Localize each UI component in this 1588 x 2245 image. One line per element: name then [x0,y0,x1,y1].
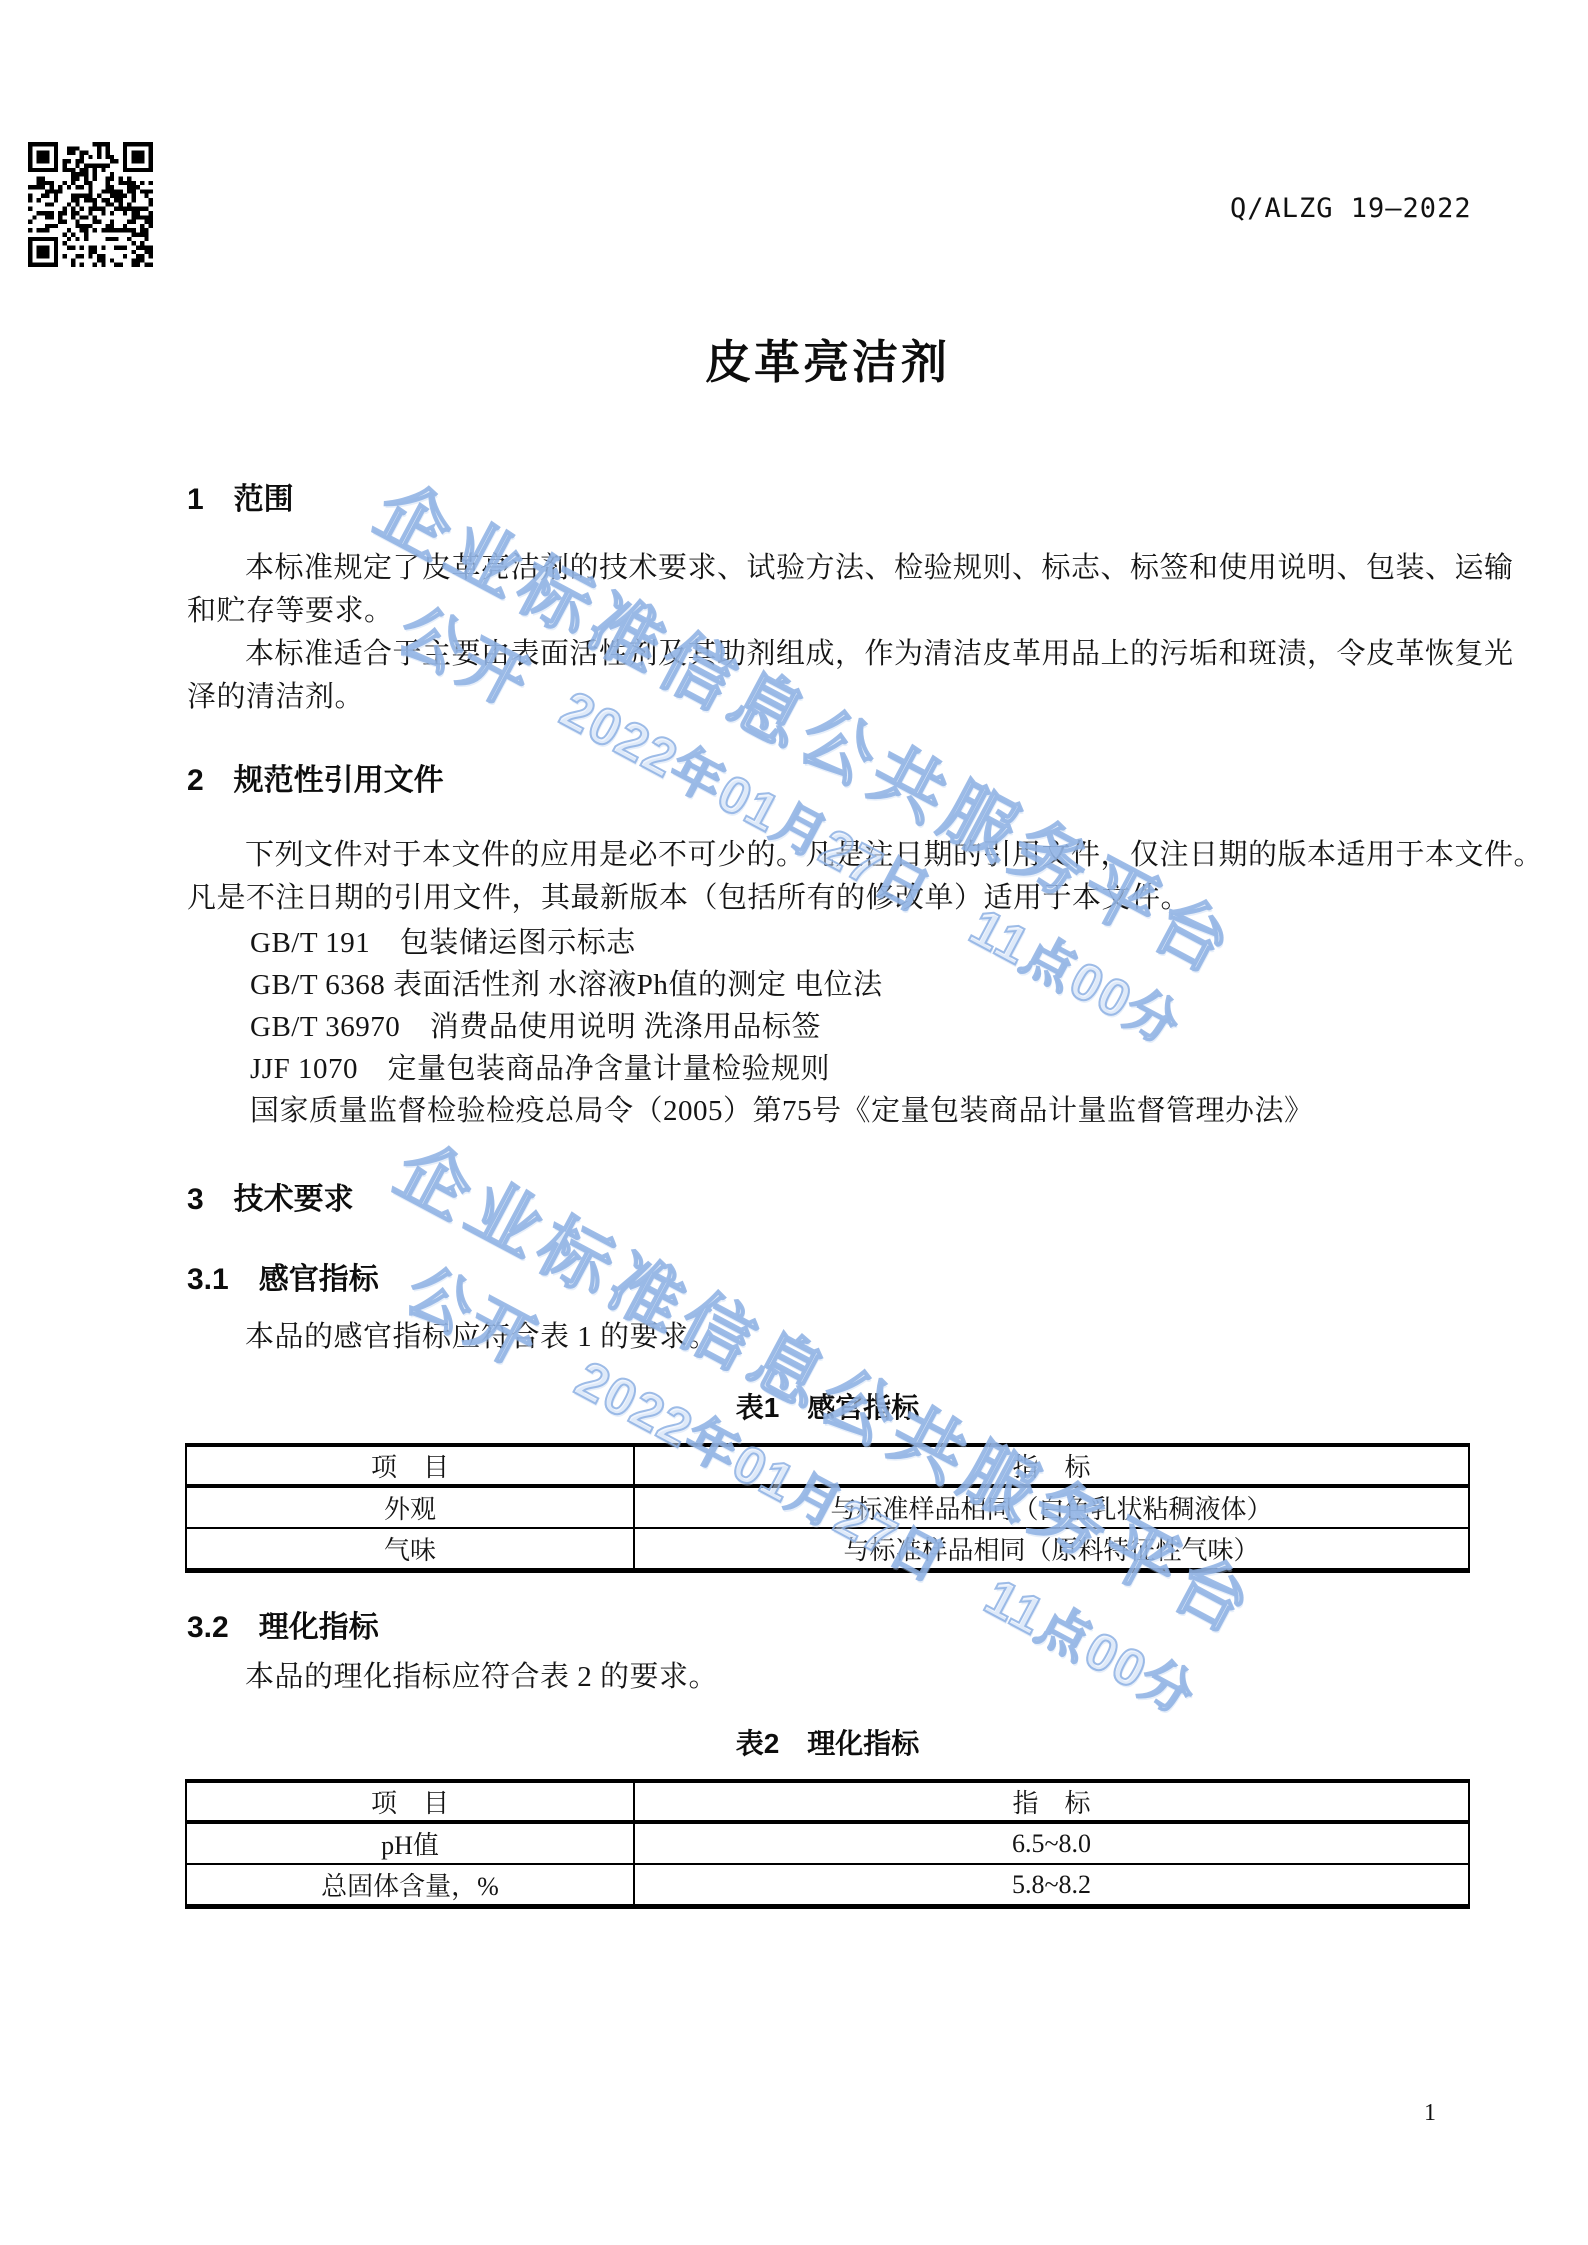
section3-2-para: 本品的理化指标应符合表 2 的要求。 [245,1660,718,1694]
page-title: 皮革亮洁剂 [185,326,1470,392]
table-physchem-specs: 项 目 指 标 pH值 6.5~8.0 总固体含量，% 5.8~8.2 [185,1779,1470,1909]
cell-value: 与标准样品相同（白色乳状粘稠液体） [634,1486,1469,1528]
table-row: 外观 与标准样品相同（白色乳状粘稠液体） [186,1486,1469,1528]
table-header-row: 项 目 指 标 [186,1781,1469,1822]
reference-item: GB/T 6368 表面活性剂 水溶液Ph值的测定 电位法 [250,968,883,1002]
section3-1-para: 本品的感官指标应符合表 1 的要求。 [245,1320,718,1354]
section3-heading: 3 技术要求 [187,1174,354,1218]
section1-heading: 1 范围 [187,474,294,518]
page-number: 1 [1424,2100,1436,2127]
table-row: 气味 与标准样品相同（原料特征性气味） [186,1528,1469,1571]
cell-value: 与标准样品相同（原料特征性气味） [634,1528,1469,1571]
column-header-spec: 指 标 [634,1445,1469,1486]
doc-number: Q/ALZG 19—2022 [1230,193,1472,224]
qr-code [27,142,154,267]
reference-item: 国家质量监督检验检疫总局令（2005）第75号《定量包装商品计量监督管理办法》 [250,1094,1314,1128]
cell-item: 外观 [186,1486,634,1528]
section1-para1-line1: 本标准规定了皮革亮洁剂的技术要求、试验方法、检验规则、标志、标签和使用说明、包装… [245,551,1514,585]
cell-item: 气味 [186,1528,634,1571]
cell-value: 6.5~8.0 [634,1822,1469,1864]
reference-item: GB/T 191 包装储运图示标志 [250,926,636,960]
table1-caption: 表1 感官指标 [185,1386,1470,1426]
section1-para2-line2: 泽的清洁剂。 [187,680,364,714]
cell-item: 总固体含量，% [186,1864,634,1907]
section1-para2-line1: 本标准适合于主要由表面活性剂及其助剂组成，作为清洁皮革用品上的污垢和斑渍，令皮革… [245,637,1514,671]
standard-document-page: Q/ALZG 19—2022 皮革亮洁剂 1 范围 本标准规定了皮革亮洁剂的技术… [0,0,1588,2245]
reference-item: GB/T 36970 消费品使用说明 洗涤用品标签 [250,1010,821,1044]
cell-item: pH值 [186,1822,634,1864]
table-row: 总固体含量，% 5.8~8.2 [186,1864,1469,1907]
table-header-row: 项 目 指 标 [186,1445,1469,1486]
qr-code-graphic [27,142,154,267]
section3-1-heading: 3.1 感官指标 [187,1254,379,1298]
table-sensory-specs: 项 目 指 标 外观 与标准样品相同（白色乳状粘稠液体） 气味 与标准样品相同（… [185,1443,1470,1573]
cell-value: 5.8~8.2 [634,1864,1469,1907]
column-header-item: 项 目 [186,1445,634,1486]
column-header-spec: 指 标 [634,1781,1469,1822]
reference-item: JJF 1070 定量包装商品净含量计量检验规则 [250,1052,830,1086]
watermark-platform-text: 企业标准信息公共服务平台 [381,1113,1277,1656]
table2-caption: 表2 理化指标 [185,1722,1470,1762]
section1-para1-line2: 和贮存等要求。 [187,594,394,628]
column-header-item: 项 目 [186,1781,634,1822]
section2-para-line2: 凡是不注日期的引用文件，其最新版本（包括所有的修改单）适用于本文件。 [187,881,1190,915]
section2-heading: 2 规范性引用文件 [187,755,444,799]
section2-para-line1: 下列文件对于本文件的应用是必不可少的。凡是注日期的引用文件，仅注日期的版本适用于… [245,838,1543,872]
table-row: pH值 6.5~8.0 [186,1822,1469,1864]
watermark-public-text: 公开 [393,1240,560,1387]
section3-2-heading: 3.2 理化指标 [187,1602,379,1646]
